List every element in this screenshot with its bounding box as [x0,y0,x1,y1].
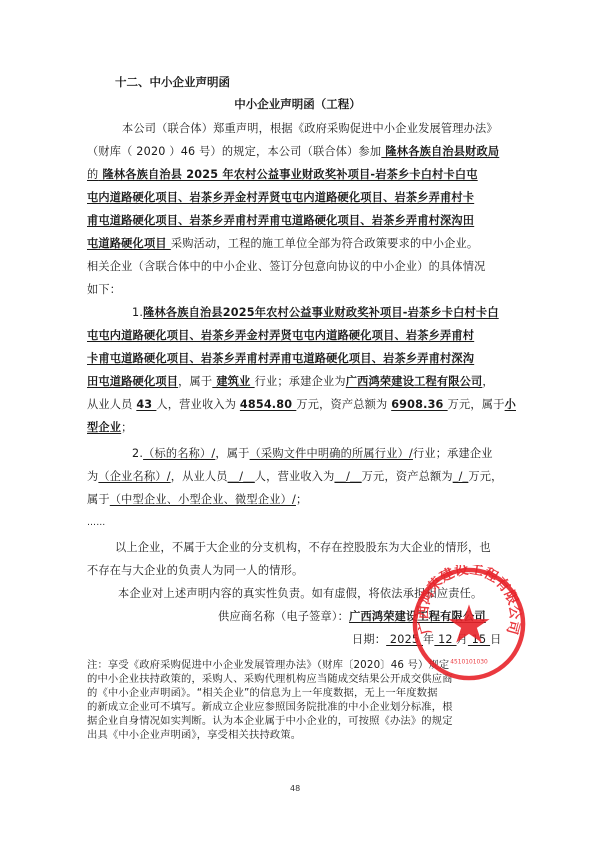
item2-company: （企业名称）/ [98,470,170,483]
intro-line-7: 相关企业（含联合体中的中小企业、签订分包意向协议的中小企业）的具体情况 [87,260,507,274]
item2-line-3: 属于（中型企业、小型企业、微型企业）/； [87,493,507,507]
text: 万元， [468,470,502,483]
item1-line-6: 型企业； [87,421,507,435]
item1-line-4: 田屯道路硬化项目，属于 建筑业 行业；承建企业为广西鸿荣建设工程有限公司， [87,375,507,389]
note-line-6: 出具《中小企业声明函》，享受相关扶持政策。 [87,729,507,743]
text: 从业人员 [87,398,136,411]
text: 万元，属于 [448,398,505,411]
text: 属于 [87,493,110,506]
item1-project: 隆林各族自治县2025年农村公益事业财政奖补项目-岩茶乡卡白村卡白 [143,306,499,319]
section-heading: 十二、中小企业声明函 [115,74,230,90]
item2-size: （中型企业、小型企业、微型企业）/ [110,493,296,506]
item2-name: （标的名称）/ [143,447,215,460]
intro-line-6: 屯道路硬化项目 采购活动，工程的施工单位全部为符合政策要求的中小企业。 [87,237,507,251]
item1-size: 小 [505,398,516,411]
intro-line-1: 本公司（联合体）郑重声明，根据《政府采购促进中小企业发展管理办法》 [122,122,542,136]
text: 人，营业收入为 [156,398,239,411]
note-line-5: 据企业自身情况如实判断。认为本企业属于中小企业的，可按照《办法》的规定 [87,715,507,729]
intro-line-4: 屯内道路硬化项目、岩茶乡弄金村弄贤屯屯内道路硬化项目、岩茶乡弄甫村卡 [87,191,507,205]
company-seal-icon: 广西鸿荣建设工程有限公司 4510101030 [410,565,528,683]
date-label: 日期： [352,633,386,646]
text: ，属于 [178,375,212,388]
item1-project-end: 田屯道路硬化项目 [87,375,178,388]
intro-line-5: 甫屯道路硬化项目、岩茶乡弄甫村弄甫屯道路硬化项目、岩茶乡弄甫村深沟田 [87,214,507,228]
intro-text: 的 [87,168,98,181]
item1-line-5: 从业人员 43 人，营业收入为 4854.80 万元，资产总额为 6908.36… [87,398,507,412]
item1-company: 广西鸿荣建设工程有限公司 [346,375,483,388]
item2-employees: __/__ [228,470,255,483]
item1-revenue: 4854.80 [240,398,296,411]
item1-industry: 建筑业 [212,375,254,388]
note-line-4: 的新成立企业可不填写。新成立企业应参照国务院批准的中小企业划分标准，根 [87,701,507,715]
item1-size-end: 型企业 [87,421,121,434]
page-number: 48 [290,784,300,793]
text: 万元，资产总额为 [296,398,391,411]
item1-assets: 6908.36 [391,398,447,411]
document-title: 中小企业声明函（工程） [0,96,595,112]
text: 行业；承建企业为 [255,375,346,388]
item-number: 1. [132,306,143,319]
intro-line-3: 的 隆林各族自治县 2025 年农村公益事业财政奖补项目-岩茶乡卡白村卡白屯 [87,168,507,182]
note-line-3: 的《中小企业声明函》。“相关企业”的信息为上一年度数据，无上一年度数据 [87,687,507,701]
item2-assets: _/_ [453,470,469,483]
item2-line-2: 为（企业名称）/，从业人员__/__人，营业收入为__/__万元，资产总额为_/… [87,470,507,484]
para2-line-1: 以上企业，不属于大企业的分支机构，不存在控股股东为大企业的情形，也 [115,541,535,555]
item2-revenue: __/__ [335,470,362,483]
svg-text:4510101030: 4510101030 [450,659,488,665]
item1-line-2: 屯屯内道路硬化项目、岩茶乡弄金村弄贤屯屯内道路硬化项目、岩茶乡弄甫村 [87,329,507,343]
project-name-end: 屯道路硬化项目 [87,237,171,250]
item1-line-3: 卡甫屯道路硬化项目、岩茶乡弄甫村弄甫屯道路硬化项目、岩茶乡弄甫村深沟 [87,352,507,366]
project-name: 隆林各族自治县 2025 年农村公益事业财政奖补项目-岩茶乡卡白村卡白屯 [98,168,477,181]
item2-line-1: 2.（标的名称）/，属于（采购文件中明确的所属行业）/行业；承建企业 [132,447,552,461]
document-page: 十二、中小企业声明函 中小企业声明函（工程） 本公司（联合体）郑重声明，根据《政… [0,0,595,841]
intro-text: 采购活动，工程的施工单位全部为符合政策要求的中小企业。 [171,237,478,250]
text: 为 [87,470,98,483]
item-number: 2. [132,447,143,460]
purchaser-name: 隆林各族自治县财政局 [381,145,499,158]
item1-employees: 43 [136,398,156,411]
text: ，属于 [215,447,249,460]
intro-line-8: 如下： [87,283,507,297]
text: 行业；承建企业 [413,447,493,460]
item1-line-1: 1.隆林各族自治县2025年农村公益事业财政奖补项目-岩茶乡卡白村卡白 [132,306,552,320]
text: 万元，资产总额为 [362,470,453,483]
ellipsis: …… [87,516,507,530]
text: ，从业人员 [171,470,228,483]
item2-industry: （采购文件中明确的所属行业）/ [250,447,413,460]
text: ； [296,493,307,506]
text: ； [121,421,132,434]
intro-line-2: （财库（ 2020 ）46 号）的规定，本公司（联合体）参加 隆林各族自治县财政… [87,145,507,159]
intro-text: （财库（ 2020 ）46 号）的规定，本公司（联合体）参加 [87,145,381,158]
signature-label: 供应商名称（电子签章）： [218,610,349,623]
text: ， [482,375,493,388]
text: 人，营业收入为 [255,470,335,483]
